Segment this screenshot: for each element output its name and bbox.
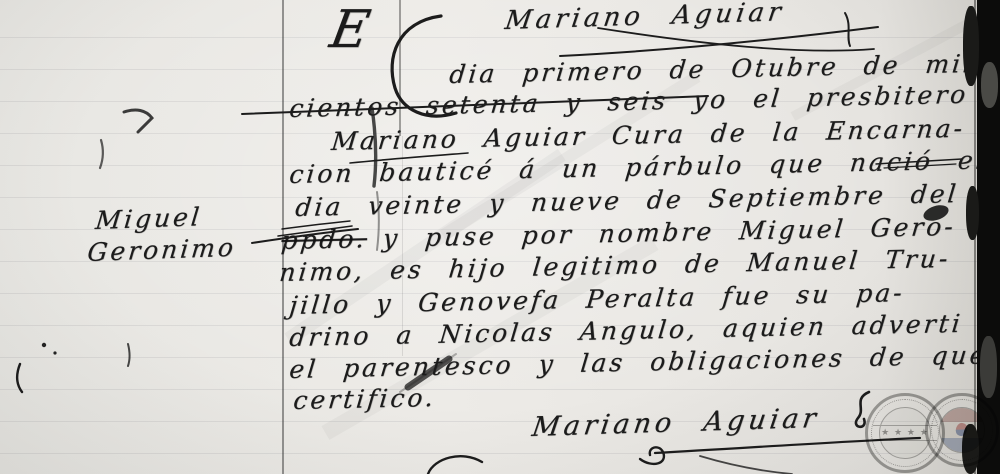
ink-mark [124,110,152,132]
seal-tricolor-disc [939,407,985,453]
crossed-out-word: ppdo. [280,224,369,255]
ink-speck [53,351,56,354]
bottom-signature: Mariano Aguiar [530,403,822,443]
signature-flourish [640,447,664,464]
drop-cap-initial: E [326,0,375,60]
margin-name-line-1: Miguel [94,202,203,235]
seal-band-blue [940,438,984,452]
seal-band-red [940,408,984,422]
ink-mark [128,344,130,366]
ink-mark [100,140,103,168]
ink-mark [17,364,22,392]
gutter-blot [980,336,997,398]
scanned-baptismal-record-page: Miguel Geronimo Mariano Aguiar E dia pri… [0,0,1000,474]
gutter-blot [966,186,979,240]
gutter-blot [963,6,979,86]
partial-letter-stroke [428,456,482,474]
watermark-seal-tricolor [925,393,999,467]
record-line-11: certifico. [292,383,438,415]
ink-speck [42,343,46,347]
signature-flourish [700,456,792,474]
gutter-blot [981,62,998,108]
signature-rubric [845,13,850,46]
margin-name-line-2: Geronimo [86,233,238,267]
top-signature: Mariano Aguiar [503,0,787,36]
